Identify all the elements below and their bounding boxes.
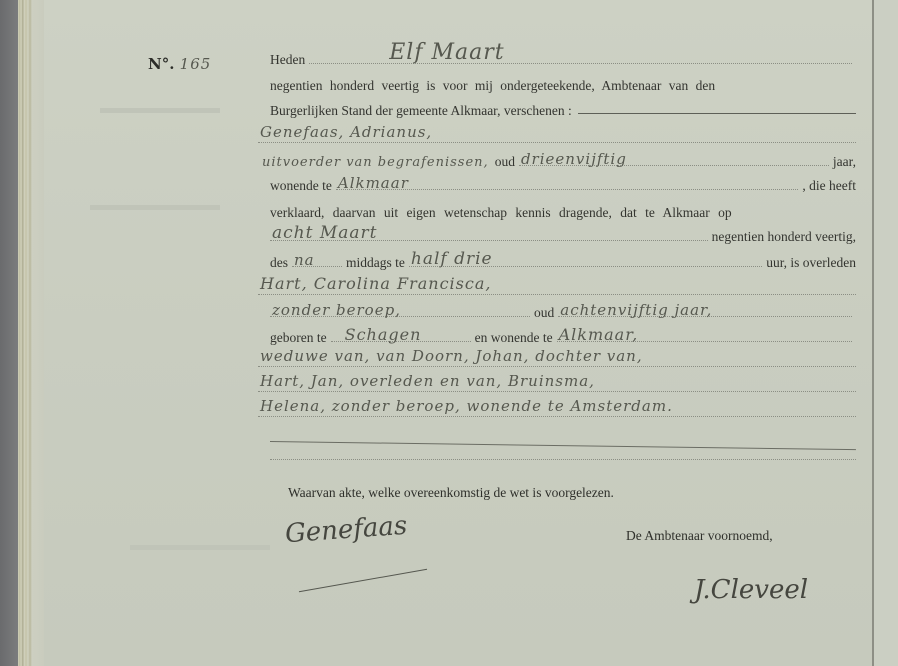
form-line-occupation-age: uitvoerder van begrafenissen, oud drieen… — [262, 146, 856, 170]
label-oud: oud — [534, 305, 554, 321]
handwritten-family-details-1: weduwe van, van Doorn, Johan, dochter va… — [260, 347, 643, 365]
form-line-printed: verklaard, daarvan uit eigen wetenschap … — [270, 197, 856, 221]
handwritten-deceased-name: Hart, Carolina Francisca, — [260, 274, 491, 293]
official-signature: J.Cleveel — [694, 575, 808, 605]
handwritten-deceased-age: achtenvijftig jaar, — [560, 301, 712, 319]
handwritten-declarant-name: Genefaas, Adrianus, — [260, 123, 432, 141]
label-middags-te: middags te — [346, 255, 405, 271]
field-deceased-residence: Alkmaar, — [557, 327, 852, 342]
record-number-label: N°. — [148, 55, 174, 73]
label-wonende-te: wonende te — [270, 178, 332, 194]
handwritten-family-details-3: Helena, zonder beroep, wonende te Amster… — [260, 397, 673, 415]
record-number: N°. 165 — [148, 55, 211, 73]
form-line-deceased-occupation-age: zonder beroep, oud achtenvijftig jaar, — [270, 297, 856, 321]
bleed-through-mark — [130, 545, 270, 550]
form-line-printed: negentien honderd veertig is voor mij on… — [270, 70, 856, 94]
field-family-details: weduwe van, van Doorn, Johan, dochter va… — [258, 342, 856, 367]
printed-text: negentien honderd veertig is voor mij on… — [270, 78, 715, 94]
field-deceased-name: Hart, Carolina Francisca, — [258, 270, 856, 295]
handwritten-declarant-residence: Alkmaar — [338, 174, 409, 192]
form-line-printed: Burgerlijken Stand der gemeente Alkmaar,… — [270, 95, 856, 119]
closing-statement: Waarvan akte, welke overeenkomstig de we… — [288, 485, 614, 501]
handwritten-declarant-age: drieenvijftig — [521, 150, 627, 168]
field-birthplace: Schagen — [331, 327, 471, 342]
book-page-edges — [18, 0, 44, 666]
closing-dotted-line — [270, 459, 856, 460]
label-oud: oud — [495, 154, 515, 170]
label-des: des — [270, 255, 288, 271]
scanner-background-strip — [0, 0, 18, 666]
handwritten-registration-date: Elf Maart — [389, 40, 504, 65]
form-line-death-time: des na middags te half drie uur, is over… — [270, 247, 856, 271]
handwritten-family-details-2: Hart, Jan, overleden en van, Bruinsma, — [260, 372, 595, 390]
handwritten-death-date: acht Maart — [272, 223, 377, 243]
label-heden: Heden — [270, 52, 305, 68]
bleed-through-mark — [100, 108, 220, 113]
field-declarant-age: drieenvijftig — [519, 151, 829, 166]
form-line-date: Heden Elf Maart — [270, 44, 856, 68]
field-day-part: na — [292, 252, 342, 267]
label-jaar: jaar, — [833, 154, 856, 170]
official-title: De Ambtenaar voornoemd, — [626, 528, 773, 544]
handwritten-death-time: half drie — [411, 249, 493, 269]
field-death-date: acht Maart — [270, 226, 708, 241]
form-line-death-date: acht Maart negentien honderd veertig, — [270, 221, 856, 245]
field-death-time: half drie — [409, 252, 762, 267]
field-family-details: Hart, Jan, overleden en van, Bruinsma, — [258, 367, 856, 392]
rule-line — [578, 113, 856, 114]
label-die-heeft: , die heeft — [802, 178, 856, 194]
form-line-residence: wonende te Alkmaar , die heeft — [270, 170, 856, 194]
field-declarant-residence: Alkmaar — [336, 175, 799, 190]
handwritten-day-part: na — [294, 251, 315, 269]
field-registration-date: Elf Maart — [309, 49, 852, 64]
bleed-through-mark — [90, 205, 220, 210]
label-year: negentien honderd veertig, — [712, 229, 856, 245]
field-deceased-occupation: zonder beroep, — [270, 302, 530, 317]
printed-text: Burgerlijken Stand der gemeente Alkmaar,… — [270, 103, 572, 119]
printed-text: verklaard, daarvan uit eigen wetenschap … — [270, 205, 732, 221]
handwritten-deceased-occupation: zonder beroep, — [272, 301, 401, 319]
handwritten-declarant-occupation: uitvoerder van begrafenissen, — [262, 155, 489, 170]
field-deceased-age: achtenvijftig jaar, — [558, 302, 852, 317]
label-uur-overleden: uur, is overleden — [766, 255, 856, 271]
record-number-value: 165 — [180, 55, 212, 73]
adjacent-page-edge — [874, 0, 898, 666]
field-family-details: Helena, zonder beroep, wonende te Amster… — [258, 392, 856, 417]
field-declarant-name: Genefaas, Adrianus, — [258, 118, 856, 143]
